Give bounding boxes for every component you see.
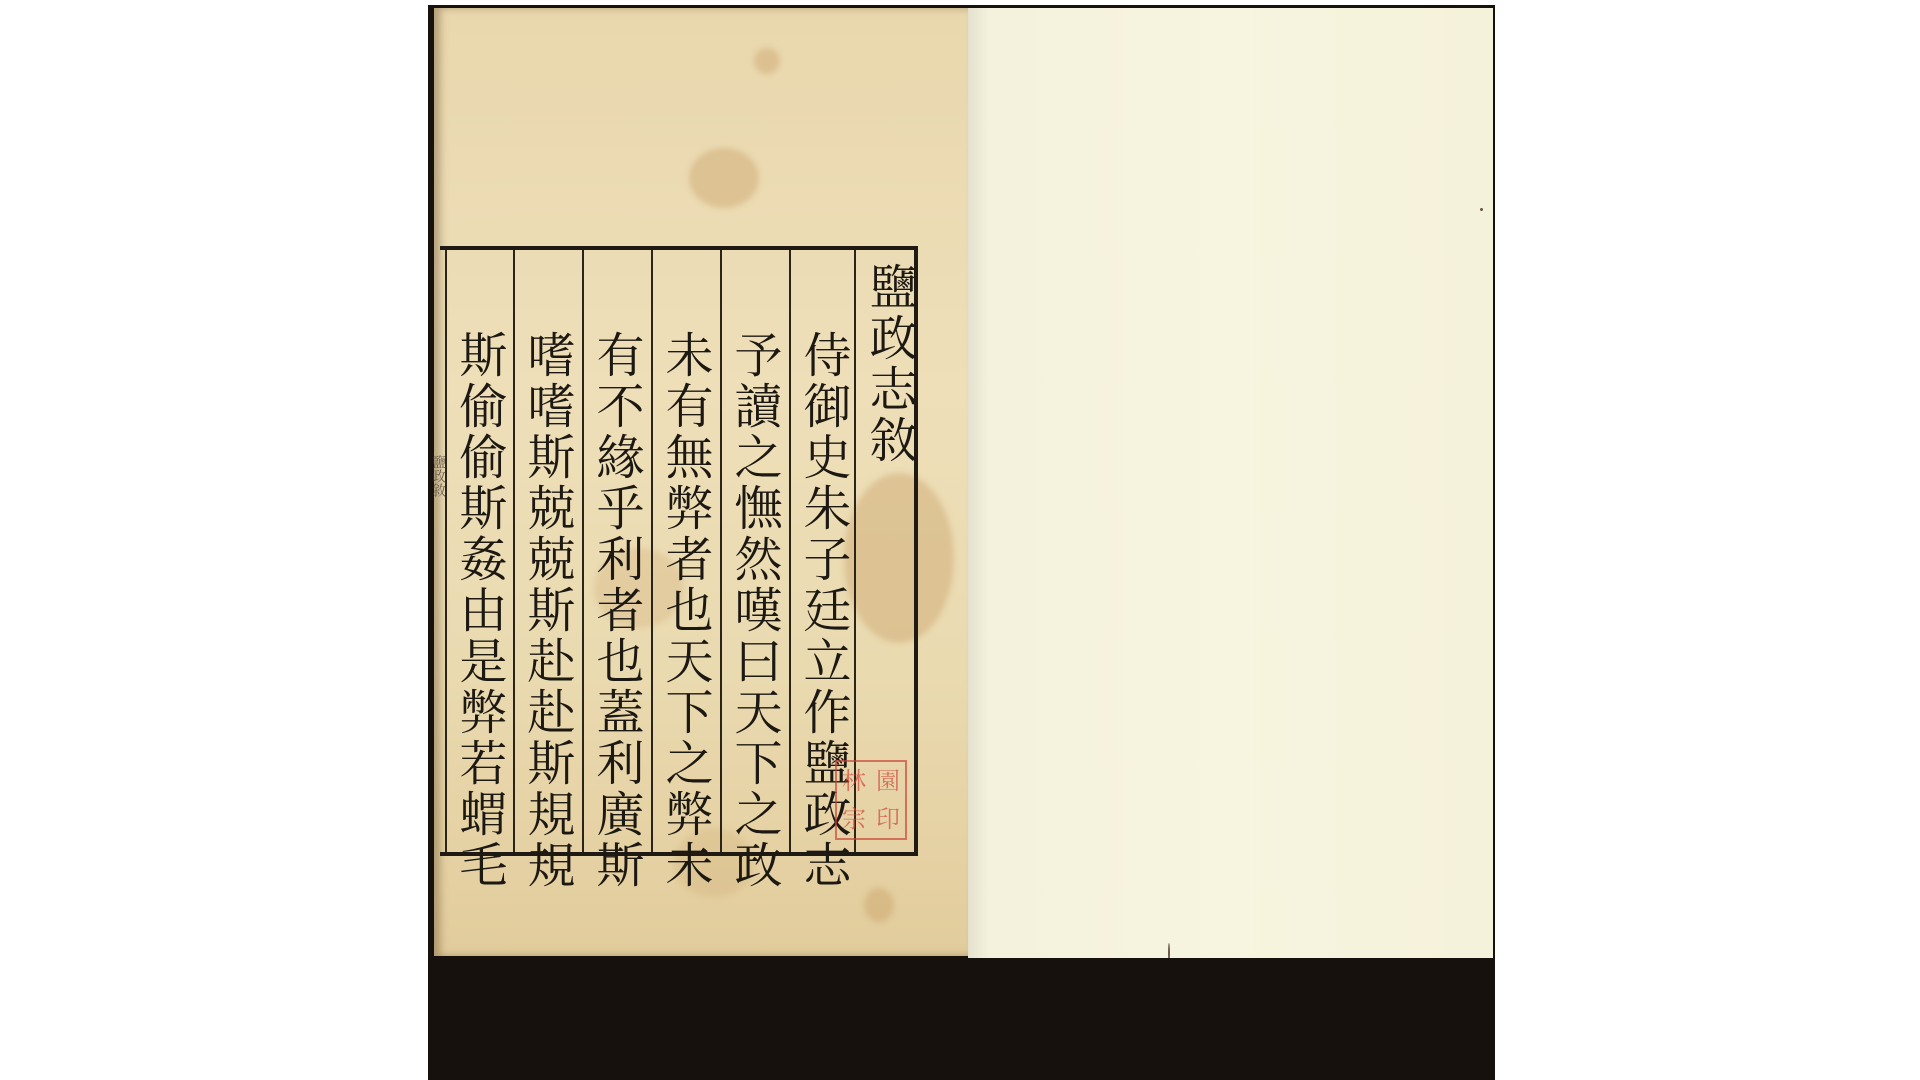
water-stain (754, 48, 780, 74)
text-column-6: 斯偷偷斯姦由是弊若蝟毛 (446, 330, 512, 891)
paper-speck (1480, 208, 1483, 211)
fold-margin-text: 鹽政敘 (434, 455, 448, 497)
seal-char: 林 (837, 762, 871, 800)
text-column-4: 有不緣乎利者也蓋利廣斯 (583, 330, 649, 891)
water-stain (864, 888, 894, 922)
text-column-5: 嗜嗜斯兢兢斯赴赴斯規規 (514, 330, 580, 891)
right-page-blank (968, 8, 1493, 966)
text-column-3: 未有無弊者也天下之弊未 (652, 330, 718, 891)
red-collector-seal: 林 園 宗 印 (835, 760, 907, 840)
scan-bed-bottom (428, 958, 1495, 1080)
seal-char: 印 (871, 800, 905, 838)
document-title: 鹽政志敘 (856, 262, 922, 466)
water-stain (689, 148, 759, 208)
seal-char: 宗 (837, 800, 871, 838)
text-column-2: 予讀之憮然嘆曰天下之政 (721, 330, 787, 891)
seal-char: 園 (871, 762, 905, 800)
